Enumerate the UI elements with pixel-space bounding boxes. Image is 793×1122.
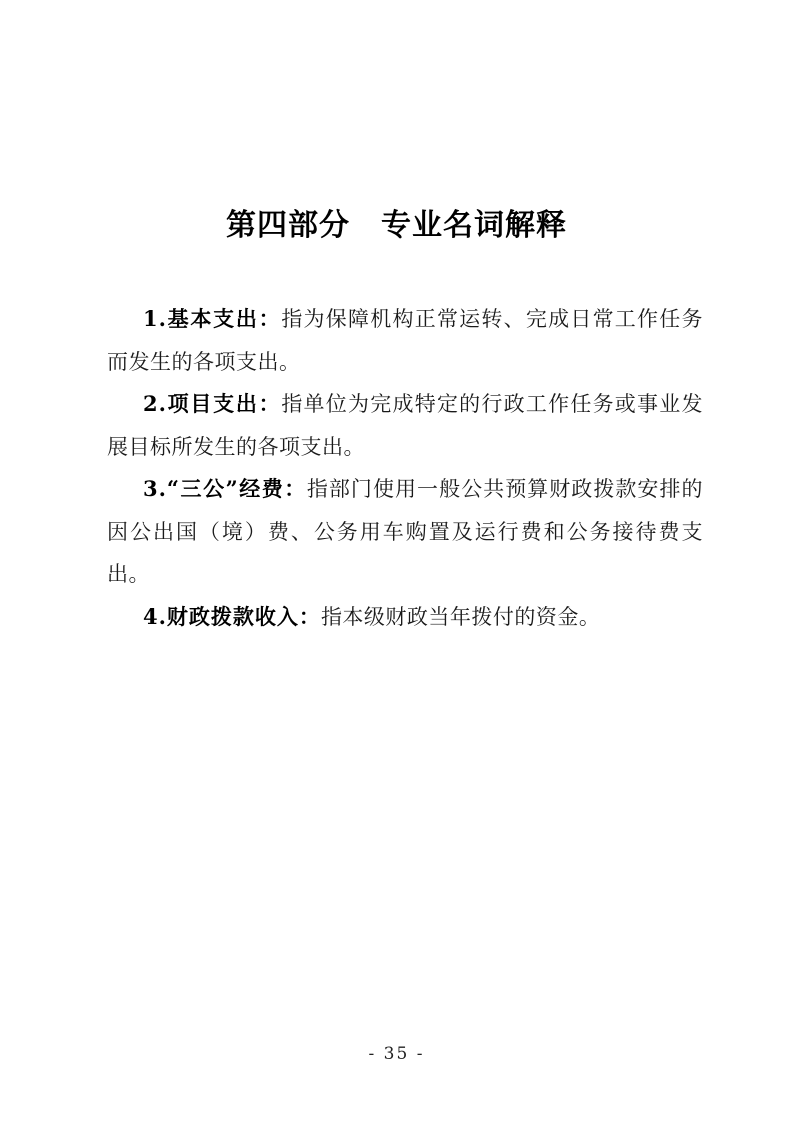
term-label: 4.财政拨款收入： — [143, 604, 321, 629]
page-title: 第四部分 专业名词解释 — [0, 0, 793, 243]
term-item-fiscal-appropriation-income: 4.财政拨款收入：指本级财政当年拨付的资金。 — [107, 596, 703, 639]
term-definition: 指本级财政当年拨付的资金。 — [321, 605, 601, 629]
term-label: 1.基本支出： — [143, 306, 281, 331]
page-number: - 35 - — [369, 1044, 425, 1064]
term-label: 3.“三公”经费： — [143, 476, 307, 501]
term-item-project-expenditure: 2.项目支出：指单位为完成特定的行政工作任务或事业发展目标所发生的各项支出。 — [107, 383, 703, 468]
term-label: 2.项目支出： — [143, 391, 281, 416]
document-body: 1.基本支出：指为保障机构正常运转、完成日常工作任务而发生的各项支出。 2.项目… — [107, 298, 703, 638]
document-page: 第四部分 专业名词解释 1.基本支出：指为保障机构正常运转、完成日常工作任务而发… — [0, 0, 793, 1122]
page-footer: - 35 - — [0, 1044, 793, 1064]
term-item-three-public-funds: 3.“三公”经费：指部门使用一般公共预算财政拨款安排的因公出国（境）费、公务用车… — [107, 468, 703, 596]
term-item-basic-expenditure: 1.基本支出：指为保障机构正常运转、完成日常工作任务而发生的各项支出。 — [107, 298, 703, 383]
